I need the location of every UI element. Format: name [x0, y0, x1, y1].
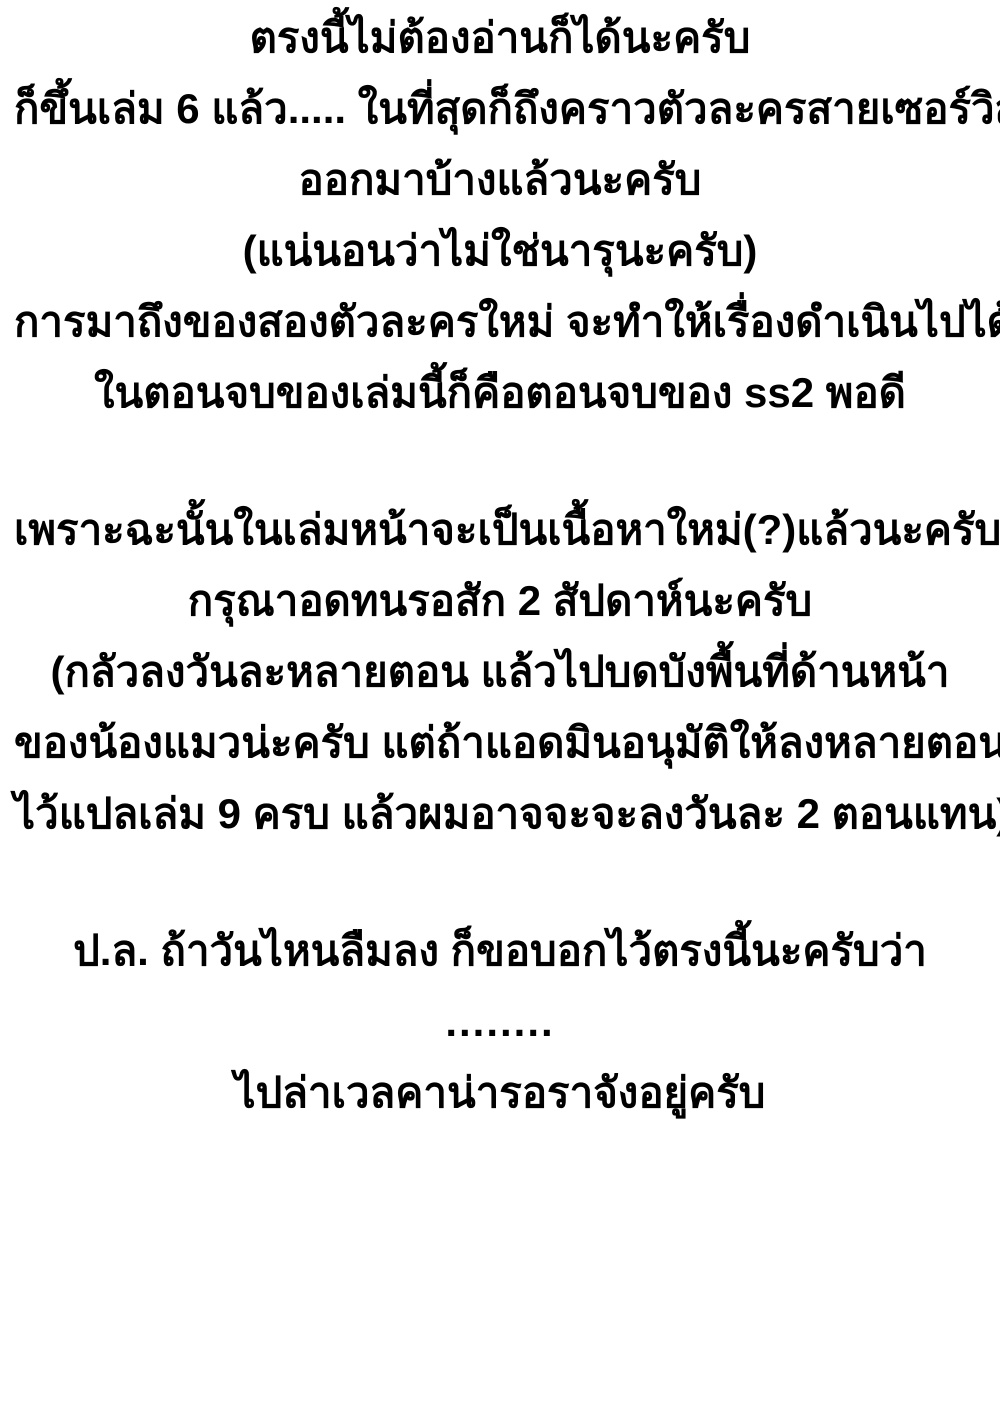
note-line: ป.ล. ถ้าวันไหนลืมลง ก็ขอบอกไว้ตรงนี้นะคร… — [14, 915, 986, 986]
note-line: ออกมาบ้างแล้วนะครับ — [14, 144, 986, 215]
intro-paragraph: ตรงนี้ไม่ต้องอ่านก็ได้นะครับ ก็ขึ้นเล่ม … — [14, 2, 986, 428]
note-line: (แน่นอนว่าไม่ใช่นารุนะครับ) — [14, 215, 986, 286]
schedule-paragraph: เพราะฉะนั้นในเล่มหน้าจะเป็นเนื้อหาใหม่(?… — [14, 494, 986, 849]
translator-note-page: ตรงนี้ไม่ต้องอ่านก็ได้นะครับ ก็ขึ้นเล่ม … — [0, 0, 1000, 1418]
note-line: (กลัวลงวันละหลายตอน แล้วไปบดบังพื้นที่ด้… — [14, 636, 986, 707]
note-line: ตรงนี้ไม่ต้องอ่านก็ได้นะครับ — [14, 2, 986, 73]
ellipsis-line: ........ — [14, 986, 986, 1057]
note-line: ในตอนจบของเล่มนี้ก็คือตอนจบของ ss2 พอดี — [14, 357, 986, 428]
note-line: เพราะฉะนั้นในเล่มหน้าจะเป็นเนื้อหาใหม่(?… — [14, 494, 986, 565]
note-line: ไว้แปลเล่ม 9 ครบ แล้วผมอาจจะจะลงวันละ 2 … — [14, 778, 986, 849]
note-line: ของน้องแมวน่ะครับ แต่ถ้าแอดมินอนุมัติให้… — [14, 707, 986, 778]
note-line: ไปล่าเวลคาน่ารอราจังอยู่ครับ — [14, 1057, 986, 1128]
note-line: การมาถึงของสองตัวละครใหม่ จะทำให้เรื่องด… — [14, 286, 986, 357]
postscript-paragraph: ป.ล. ถ้าวันไหนลืมลง ก็ขอบอกไว้ตรงนี้นะคร… — [14, 915, 986, 1128]
note-line: กรุณาอดทนรอสัก 2 สัปดาห์นะครับ — [14, 565, 986, 636]
note-line: ก็ขึ้นเล่ม 6 แล้ว..... ในที่สุดก็ถึงคราว… — [14, 73, 986, 144]
